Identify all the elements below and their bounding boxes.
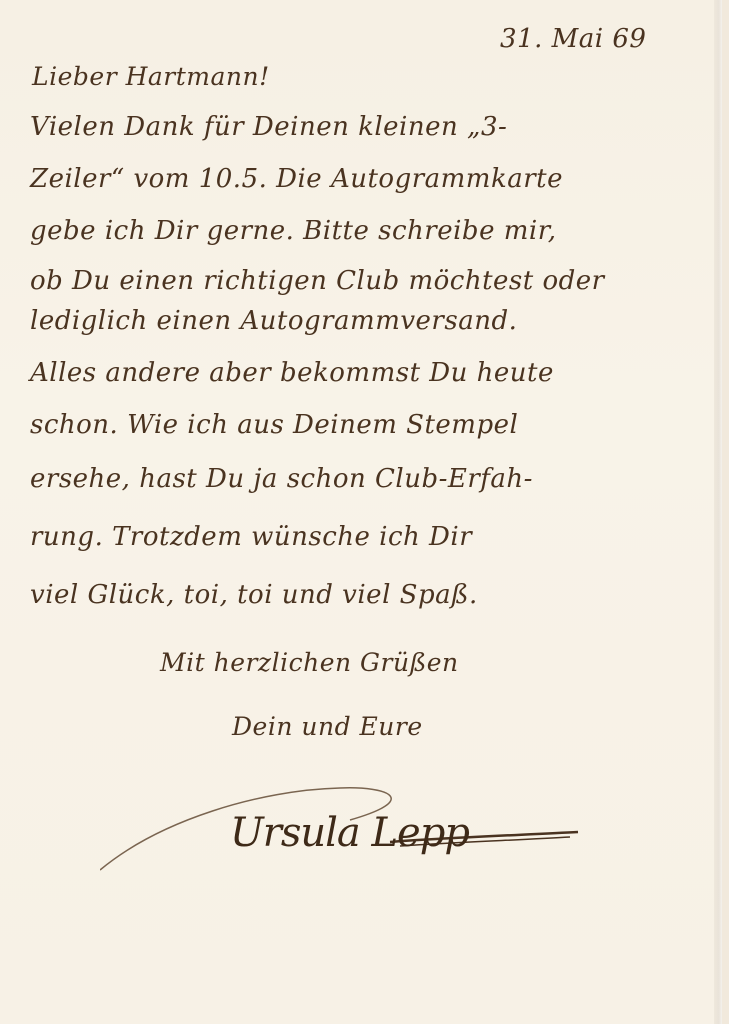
signature-name: Ursula Lepp	[230, 810, 469, 856]
body-line: Vielen Dank für Deinen kleinen „3-	[30, 112, 507, 142]
salutation: Lieber Hartmann!	[32, 62, 270, 91]
closing-line: Mit herzlichen Grüßen	[160, 648, 459, 677]
body-line: rung. Trotzdem wünsche ich Dir	[30, 522, 472, 552]
body-line: schon. Wie ich aus Deinem Stempel	[30, 410, 518, 440]
body-line: lediglich einen Autogrammversand.	[30, 306, 517, 336]
signature: Ursula Lepp	[100, 780, 600, 890]
body-line: gebe ich Dir gerne. Bitte schreibe mir,	[30, 216, 557, 246]
closing-line: Dein und Eure	[232, 712, 423, 741]
body-line: ob Du einen richtigen Club möchtest oder	[30, 266, 605, 296]
letter-date: 31. Mai 69	[500, 24, 646, 54]
letter-card: 31. Mai 69 Lieber Hartmann! Vielen Dank …	[0, 0, 722, 1024]
body-line: Zeiler“ vom 10.5. Die Autogrammkarte	[30, 164, 563, 194]
body-line: viel Glück, toi, toi und viel Spaß.	[30, 580, 478, 610]
body-line: ersehe, hast Du ja schon Club-Erfah-	[30, 464, 533, 494]
card-edge	[714, 0, 722, 1024]
body-line: Alles andere aber bekommst Du heute	[30, 358, 554, 388]
